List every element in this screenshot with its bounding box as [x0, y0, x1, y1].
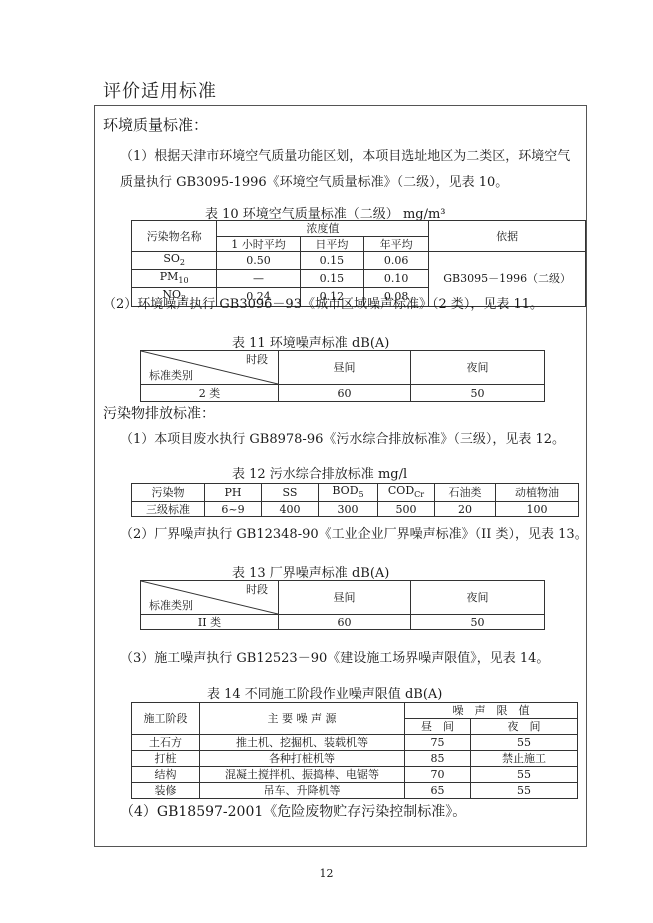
table12: 污染物 PH SS BOD5 CODCr 石油类 动植物油 三级标准 6~9 4… — [131, 483, 579, 517]
table14: 施工阶段 主 要 噪 声 源 噪 声 限 值 昼 间 夜 间 土石方 推土机、挖… — [131, 702, 578, 799]
table-row: 三级标准 6~9 400 300 500 20 100 — [132, 502, 579, 517]
table-row: 土石方 推土机、挖掘机、装载机等 75 55 — [132, 735, 578, 751]
table-row: 打桩 各种打桩机等 85 禁止施工 — [132, 751, 578, 767]
table12-caption: 表 12 污水综合排放标准 mg/l — [232, 463, 407, 482]
table-row: 2 类 60 50 — [141, 385, 545, 402]
table11-caption: 表 11 环境噪声标准 dB(A) — [232, 332, 389, 351]
env-quality-item1-line2: 质量执行 GB3095-1996《环境空气质量标准》（二级），见表 10。 — [120, 174, 508, 192]
page-number: 12 — [0, 867, 653, 880]
table-row: II 类 60 50 — [141, 615, 545, 630]
table13: 时段 标准类别 昼间 夜间 II 类 60 50 — [140, 580, 545, 630]
table10-header-basis: 依据 — [429, 221, 586, 252]
table-row: SO2 0.50 0.15 0.06 GB3095－1996（二级） — [132, 252, 586, 270]
section-title: 评价适用标准 — [103, 77, 217, 103]
table10-header-concentration: 浓度值 — [217, 221, 429, 237]
emission-item2: （2）厂界噪声执行 GB12348-90《工业企业厂界噪声标准》（II 类），见… — [120, 526, 588, 544]
table13-caption: 表 13 厂界噪声标准 dB(A) — [232, 562, 389, 581]
table11-diagonal-header: 时段 标准类别 — [141, 351, 279, 385]
table11: 时段 标准类别 昼间 夜间 2 类 60 50 — [140, 350, 545, 402]
emission-item1: （1）本项目废水执行 GB8978-96《污水综合排放标准》（三级），见表 12… — [120, 431, 565, 449]
table12-header-row: 污染物 PH SS BOD5 CODCr 石油类 动植物油 — [132, 484, 579, 502]
table10-header-pollutant: 污染物名称 — [132, 221, 217, 252]
table-row: 装修 吊车、升降机等 65 55 — [132, 783, 578, 799]
table14-caption: 表 14 不同施工阶段作业噪声限值 dB(A) — [207, 683, 442, 702]
env-quality-item1-line1: （1）根据天津市环境空气质量功能区划，本项目选址地区为二类区，环境空气 — [120, 148, 570, 166]
emission-item4: （4）GB18597-2001《危险废物贮存污染控制标准》。 — [120, 803, 466, 821]
table13-diagonal-header: 时段 标准类别 — [141, 581, 279, 615]
emission-heading: 污染物排放标准： — [103, 403, 215, 423]
table10-header-year: 年平均 — [364, 237, 429, 252]
table10: 污染物名称 浓度值 依据 1 小时平均 日平均 年平均 SO2 0.50 0.1… — [131, 220, 586, 307]
table10-header-1h: 1 小时平均 — [217, 237, 300, 252]
env-quality-heading: 环境质量标准： — [103, 114, 208, 135]
env-quality-item2: （2）环境噪声执行 GB3096－93《城市区域噪声标准》（2 类），见表 11… — [103, 296, 543, 314]
emission-item3: （3）施工噪声执行 GB12523－90《建设施工场界噪声限值》，见表 14。 — [120, 650, 549, 668]
table-row: 结构 混凝土搅拌机、振捣棒、电锯等 70 55 — [132, 767, 578, 783]
table10-header-day: 日平均 — [300, 237, 363, 252]
